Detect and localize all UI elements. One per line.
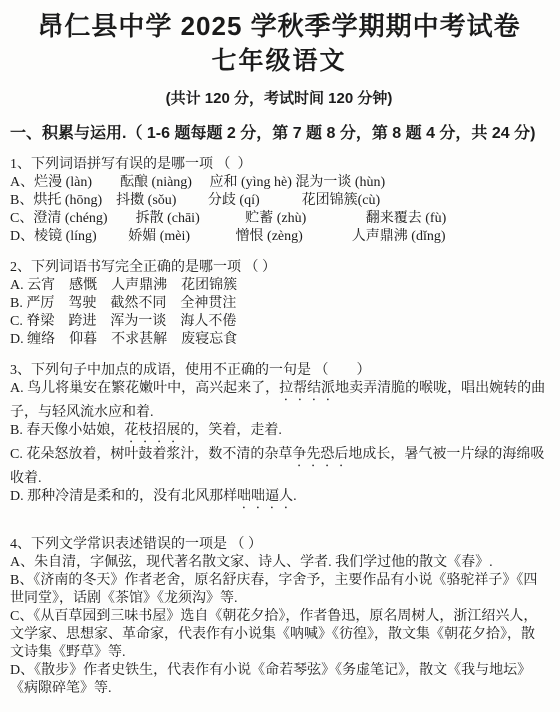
- question-1: 1、下列词语拼写有误的是哪一项 （ ） A、烂漫 (làn) 酝酿 (niàng…: [10, 156, 548, 246]
- question-3-option-d: D. 那种冷清是柔和的，没有北风那样咄咄逼人.: [10, 488, 548, 512]
- question-2-option-c: C. 脊梁 跨进 浑为一谈 海人不倦: [10, 313, 548, 331]
- option-text-pre: C. 花朵怒放着，树叶鼓着浆汁，数不清的杂草: [10, 447, 292, 462]
- question-1-option-c: C、澄清 (chéng) 拆散 (chāi) 贮蓄 (zhù) 翻来覆去 (fù…: [10, 210, 548, 228]
- page: { "page": { "title_line1": "昂仁县中学 2025 学…: [0, 0, 560, 712]
- section-heading: 一、积累与运用.（ 1-6 题每题 2 分，第 7 题 8 分，第 8 题 4 …: [10, 120, 548, 143]
- question-4-stem: 4、下列文学常识表述错误的一项是 （ ）: [10, 536, 548, 554]
- question-3-option-c: C. 花朵怒放着，树叶鼓着浆汁，数不清的杂草争先恐后地成长，暑气被一片绿的海绵吸…: [10, 446, 548, 488]
- question-3-stem: 3、下列句子中加点的成语，使用不正确的一句是 （ ）: [10, 362, 548, 380]
- option-text-pre: D. 那种冷清是柔和的，没有北风那样: [10, 489, 237, 504]
- option-text-post: 的，笑着，走着.: [180, 423, 282, 438]
- question-4: 4、下列文学常识表述错误的一项是 （ ） A、朱自清，字佩弦，现代著名散文家、诗…: [10, 536, 548, 698]
- option-text-pre: B. 春天像小姑娘，: [10, 423, 124, 438]
- question-3-option-a: A. 鸟儿将巢安在繁花嫩叶中，高兴起来了，拉帮结派地卖弄清脆的喉咙，唱出婉转的曲…: [10, 380, 548, 422]
- question-4-option-b: B、《济南的冬天》作者老舍，原名舒庆春，字舍予，主要作品有小说《骆驼祥子》《四世…: [10, 572, 548, 608]
- exam-title: 昂仁县中学 2025 学秋季学期期中考试卷: [10, 10, 548, 43]
- emphasized-idiom: 争先恐后: [292, 447, 348, 462]
- emphasized-idiom: 咄咄逼人: [237, 489, 293, 504]
- question-2-option-a: A. 云宵 感慨 人声鼎沸 花团锦簇: [10, 277, 548, 295]
- emphasized-idiom: 拉帮结派: [279, 381, 335, 396]
- emphasized-idiom: 花枝招展: [124, 423, 180, 438]
- question-3-option-b: B. 春天像小姑娘，花枝招展的，笑着，走着.: [10, 422, 548, 446]
- option-text-post: .: [293, 489, 297, 504]
- question-2: 2、下列词语书写完全正确的是哪一项 （ ） A. 云宵 感慨 人声鼎沸 花团锦簇…: [10, 259, 548, 349]
- question-4-option-d: D、《散步》作者史铁生，代表作有小说《命若琴弦》《务虚笔记》，散文《我与地坛》《…: [10, 662, 548, 698]
- question-2-stem: 2、下列词语书写完全正确的是哪一项 （ ）: [10, 259, 548, 277]
- question-1-option-d: D、棱镜 (líng) 娇媚 (mèi) 憎恨 (zèng) 人声鼎沸 (dǐn…: [10, 228, 548, 246]
- question-1-stem: 1、下列词语拼写有误的是哪一项 （ ）: [10, 156, 548, 174]
- question-2-option-d: D. 缠络 仰暮 不求甚解 废寝忘食: [10, 331, 548, 349]
- question-4-option-a: A、朱自清，字佩弦，现代著名散文家、诗人、学者. 我们学过他的散文《春》.: [10, 554, 548, 572]
- question-4-option-c: C、《从百草园到三味书屋》选自《朝花夕拾》，作者鲁迅，原名周树人，浙江绍兴人，文…: [10, 608, 548, 662]
- option-text-pre: A. 鸟儿将巢安在繁花嫩叶中，高兴起来了，: [10, 381, 279, 396]
- exam-subject: 七年级语文: [10, 46, 548, 76]
- question-1-option-a: A、烂漫 (làn) 酝酿 (niàng) 应和 (yìng hè) 混为一谈 …: [10, 174, 548, 192]
- exam-meta: (共计 120 分，考试时间 120 分钟): [10, 87, 548, 108]
- exam-paper: 昂仁县中学 2025 学秋季学期期中考试卷 七年级语文 (共计 120 分，考试…: [0, 0, 560, 712]
- question-1-option-b: B、烘托 (hōng) 抖擞 (sǒu) 分歧 (qí) 花团锦簇(cù): [10, 192, 548, 210]
- question-3: 3、下列句子中加点的成语，使用不正确的一句是 （ ） A. 鸟儿将巢安在繁花嫩叶…: [10, 362, 548, 512]
- question-2-option-b: B. 严厉 驾驶 截然不同 全神贯注: [10, 295, 548, 313]
